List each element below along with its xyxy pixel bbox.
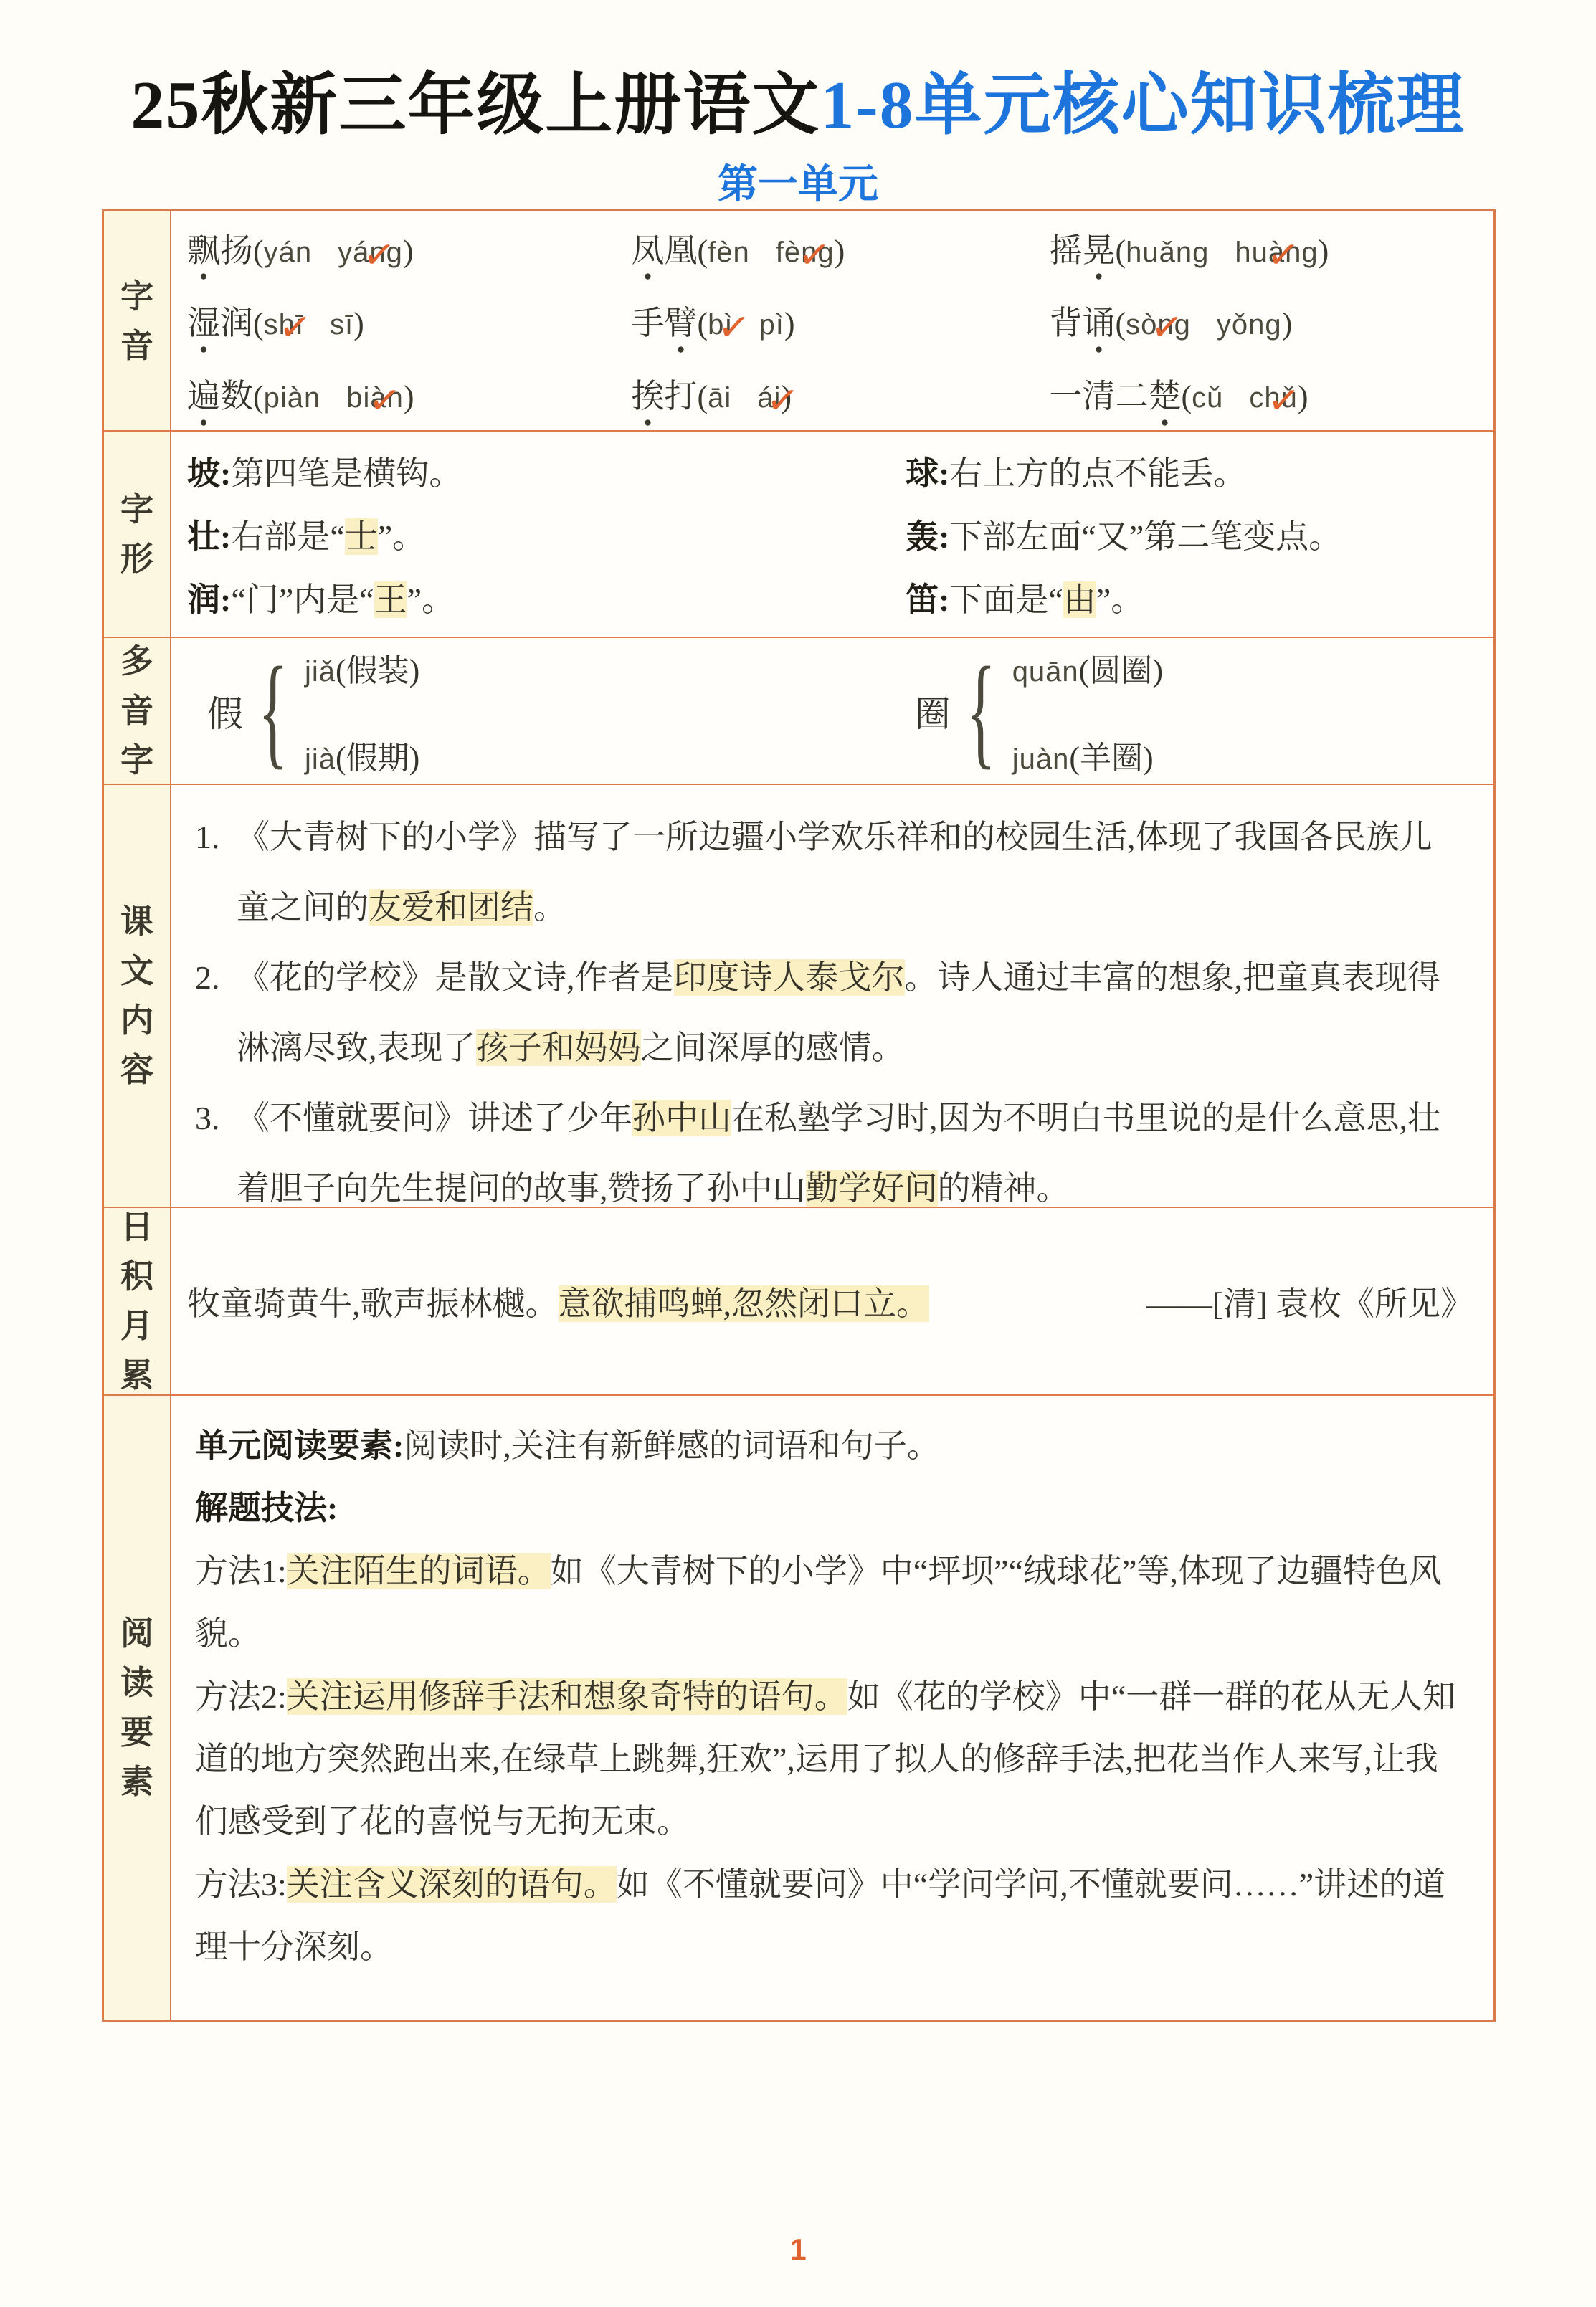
text-segment: 《花的学校》是散文诗,作者是 [237,959,674,996]
highlight-text: 勤学好问 [806,1170,938,1207]
pinyin-correct-checked: ái [757,382,781,414]
pinyin-option: sī [330,309,353,341]
emphasized-character: 诵 [1083,297,1116,344]
option-word: (羊圈) [1069,741,1153,776]
item-number: 1. [195,802,237,943]
reading-strategy-text: 单元阅读要素:阅读时,关注有新鲜感的词语和句子。解题技法:方法1:关注陌生的词语… [171,1396,1493,1979]
open-paren: ( [697,234,708,269]
text-segment: 下部左面“又”第二笔变点。 [949,518,1341,555]
highlight-text: 王 [374,581,407,618]
table-row: 阅读要素 单元阅读要素:阅读时,关注有新鲜感的词语和句子。解题技法:方法1:关注… [104,1394,1493,2020]
text-segment: ”。 [407,581,455,618]
item-text: 《不懂就要问》讲述了少年孙中山在私塾学习时,因为不明白书里说的是什么意思,壮着胆… [237,1083,1463,1224]
highlight-text: 关注含义深刻的语句。 [287,1866,617,1903]
glyph-note-character: 球: [906,455,949,492]
knowledge-table: 字音 飘扬(yányáng)凤凰(fènfèng)摇晃(huǎnghuàng)湿… [102,209,1496,2022]
emphasized-character: 挨 [631,370,664,417]
pinyin-correct-checked: biàn [346,382,404,414]
character: 手 [631,297,664,344]
lesson-summary-list: 1.《大青树下的小学》描写了一所边疆小学欢乐祥和的校园生活,体现了我国各民族儿童… [171,785,1493,1224]
highlight-text: 意欲捕鸣蝉,忽然闭口立。 [559,1285,930,1322]
row-header-yuedu: 阅读要素 [104,1396,171,2020]
emphasized-character: 晃 [1083,224,1116,272]
brace-glyph: { [966,648,996,774]
text-segment: 方法1: [195,1553,287,1589]
glyph-notes-grid: 坡:第四笔是横钩。壮:右部是“士”。润:“门”内是“王”。 球:右上方的点不能丢… [171,432,1493,637]
pinyin-entry: 背诵(sòngyǒng) [1050,297,1493,344]
row-header-ziyin: 字音 [104,211,171,430]
riji-cell: 牧童骑黄牛,歌声振林樾。意欲捕鸣蝉,忽然闭口立。 ——[清] 袁枚《所见》 [171,1208,1493,1394]
pinyin-correct-checked: sòng [1126,309,1191,341]
pinyin-option: cǔ [1192,382,1223,414]
strategy-paragraph: 单元阅读要素:阅读时,关注有新鲜感的词语和句子。 [195,1414,1463,1477]
text-segment: 。 [533,889,566,926]
text-segment: “门”内是“ [231,581,374,618]
brace-glyph: { [258,648,288,774]
polyphone-grid: 假{jiǎ(假装)jià(假期)圈{quān(圆圈)juàn(羊圈) [171,638,1493,784]
polyphone-options: jiǎ(假装)jià(假期) [305,644,419,778]
pinyin-correct-checked: fèng [776,237,835,268]
glyph-note-character: 笛: [906,581,949,618]
pinyin-correct-checked: shī [264,309,304,341]
emphasized-character: 楚 [1149,370,1182,417]
character: 一 [1050,370,1083,417]
emphasized-character: 飘 [187,224,220,272]
bold-text: 解题技法: [195,1490,338,1526]
pinyin-option: yán [264,237,313,268]
highlight-text: 印度诗人泰戈尔 [674,959,905,996]
option-word: (圆圈) [1079,653,1163,688]
highlight-text: 关注运用修辞手法和想象奇特的语句。 [287,1678,847,1715]
duoyin-cell: 假{jiǎ(假装)jià(假期)圈{quān(圆圈)juàn(羊圈) [171,638,1493,784]
open-paren: ( [253,379,264,414]
highlight-text: 由 [1063,581,1096,618]
pinyin-entry: 凤凰(fènfèng) [631,224,1049,272]
character: 润 [220,297,253,344]
row-header-riji: 日积月累 [104,1208,171,1394]
row-header-zixing: 字形 [104,432,171,637]
title-black-part: 25秋新三年级上册语文 [130,68,820,143]
pinyin-option: yǒng [1217,309,1282,341]
pinyin-correct-checked: bì [708,309,733,341]
pinyin-entry: 飘扬(yányáng) [187,224,631,272]
polyphone-option: juàn(羊圈) [1012,732,1163,778]
text-segment: 之间深厚的感情。 [641,1029,905,1066]
text-segment: 第四笔是横钩。 [231,455,462,492]
emphasized-character: 遍 [187,370,220,417]
kewen-cell: 1.《大青树下的小学》描写了一所边疆小学欢乐祥和的校园生活,体现了我国各民族儿童… [171,785,1493,1207]
pinyin-option: jià [305,743,336,775]
highlight-text: 孩子和妈妈 [476,1029,641,1066]
glyph-note: 轰:下部左面“又”第二笔变点。 [906,510,1493,558]
emphasized-character: 臂 [664,297,697,344]
polyphone-option: quān(圆圈) [1012,644,1163,690]
zixing-cell: 坡:第四笔是横钩。壮:右部是“士”。润:“门”内是“王”。 球:右上方的点不能丢… [171,432,1493,637]
emphasized-character: 凤 [631,224,664,272]
table-row: 日积月累 牧童骑黄牛,歌声振林樾。意欲捕鸣蝉,忽然闭口立。 ——[清] 袁枚《所… [104,1207,1493,1394]
table-row: 字音 飘扬(yányáng)凤凰(fènfèng)摇晃(huǎnghuàng)湿… [104,211,1493,430]
row-header-label: 日积月累 [120,1202,153,1400]
close-paren: ) [1319,234,1329,269]
title-blue-part: 1-8单元核心知识梳理 [820,68,1465,143]
text-segment: ”。 [378,518,425,555]
emphasized-character: 湿 [187,297,220,344]
table-row: 多音字 假{jiǎ(假装)jià(假期)圈{quān(圆圈)juàn(羊圈) [104,637,1493,784]
polyphone-options: quān(圆圈)juàn(羊圈) [1012,644,1163,778]
close-paren: ) [403,234,414,269]
pinyin-correct-checked: huàng [1235,237,1318,268]
character: 二 [1116,370,1149,417]
polyphone-group: 假{jiǎ(假装)jià(假期) [207,644,915,778]
pinyin-entry: 摇晃(huǎnghuàng) [1050,224,1493,272]
strategy-paragraph: 方法3:关注含义深刻的语句。如《不懂就要问》中“学问学问,不懂就要问……”讲述的… [195,1853,1463,1979]
character: 摇 [1050,224,1083,272]
open-paren: ( [253,306,264,341]
pinyin-option: pì [759,309,784,341]
lesson-summary-item: 1.《大青树下的小学》描写了一所边疆小学欢乐祥和的校园生活,体现了我国各民族儿童… [195,802,1463,943]
poem-text: 牧童骑黄牛,歌声振林樾。意欲捕鸣蝉,忽然闭口立。 [187,1278,929,1325]
option-word: (假期) [336,741,419,776]
open-paren: ( [697,306,708,341]
glyph-notes-right-column: 球:右上方的点不能丢。轰:下部左面“又”第二笔变点。笛:下面是“由”。 [906,432,1493,637]
polyphone-character: 假 [207,685,243,737]
row-header-label: 字形 [120,485,153,584]
close-paren: ) [784,306,795,341]
bold-text: 单元阅读要素: [195,1427,404,1464]
glyph-notes-left-column: 坡:第四笔是横钩。壮:右部是“士”。润:“门”内是“王”。 [187,432,906,637]
item-text: 《花的学校》是散文诗,作者是印度诗人泰戈尔。诗人通过丰富的想象,把童真表现得淋漓… [237,943,1463,1083]
option-word: (假装) [336,653,419,688]
glyph-note-character: 润: [187,581,231,618]
lesson-summary-item: 2.《花的学校》是散文诗,作者是印度诗人泰戈尔。诗人通过丰富的想象,把童真表现得… [195,943,1463,1083]
glyph-note-character: 壮: [187,518,231,555]
text-segment: 牧童骑黄牛,歌声振林樾。 [187,1285,559,1322]
close-paren: ) [835,234,845,269]
unit-subtitle: 第一单元 [0,153,1596,210]
close-paren: ) [1282,306,1293,341]
text-segment: 右部是“ [231,518,344,555]
pinyin-correct-checked: yáng [338,237,403,268]
pinyin-option: huǎng [1126,237,1209,268]
character: 数 [220,370,253,417]
row-header-label: 课文内容 [120,897,153,1095]
character: 凰 [664,224,697,272]
table-row: 课文内容 1.《大青树下的小学》描写了一所边疆小学欢乐祥和的校园生活,体现了我国… [104,784,1493,1207]
poem-line: 牧童骑黄牛,歌声振林樾。意欲捕鸣蝉,忽然闭口立。 ——[清] 袁枚《所见》 [171,1208,1493,1394]
pinyin-option: fèn [708,237,750,268]
page-title: 25秋新三年级上册语文1-8单元核心知识梳理 [0,0,1596,147]
pinyin-entry: 挨打(āiái) [631,370,1049,417]
polyphone-option: jiǎ(假装) [305,644,419,690]
strategy-paragraph: 解题技法: [195,1477,1463,1539]
row-header-label: 字音 [120,272,153,371]
glyph-note-character: 坡: [187,455,231,492]
text-segment: 阅读时,关注有新鲜感的词语和句子。 [404,1427,940,1464]
glyph-note-character: 轰: [906,518,949,555]
row-header-label: 阅读要素 [120,1609,153,1807]
page-number: 1 [789,2232,806,2267]
item-number: 3. [195,1083,237,1224]
open-paren: ( [253,234,264,269]
polyphone-option: jià(假期) [305,732,419,778]
character: 打 [664,370,697,417]
poem-attribution: ——[清] 袁枚《所见》 [1146,1278,1473,1325]
row-header-label: 多音字 [120,637,153,785]
character: 清 [1083,370,1116,417]
glyph-note: 笛:下面是“由”。 [906,574,1493,621]
text-segment: 的精神。 [938,1170,1070,1207]
polyphone-character: 圈 [915,685,951,737]
pinyin-entry: 湿润(shīsī) [187,297,631,344]
polyphone-group: 圈{quān(圆圈)juàn(羊圈) [915,644,1493,778]
yuedu-cell: 单元阅读要素:阅读时,关注有新鲜感的词语和句子。解题技法:方法1:关注陌生的词语… [171,1396,1493,2020]
text-segment: 方法3: [195,1866,287,1903]
text-segment: 《不懂就要问》讲述了少年 [237,1100,632,1136]
open-paren: ( [1182,379,1192,414]
pinyin-option: jiǎ [305,656,336,688]
glyph-note: 润:“门”内是“王”。 [187,574,906,621]
pinyin-option: āi [708,382,731,414]
highlight-text: 孙中山 [632,1100,731,1136]
glyph-note: 球:右上方的点不能丢。 [906,447,1493,495]
pinyin-entry: 遍数(piànbiàn) [187,370,631,417]
text-segment: 右上方的点不能丢。 [949,455,1246,492]
open-paren: ( [1116,234,1126,269]
item-number: 2. [195,943,237,1083]
pinyin-option: juàn [1012,743,1070,775]
item-text: 《大青树下的小学》描写了一所边疆小学欢乐祥和的校园生活,体现了我国各民族儿童之间… [237,802,1463,943]
highlight-text: 友爱和团结 [369,889,533,926]
text-segment: 下面是“ [949,581,1063,618]
ziyin-cell: 飘扬(yányáng)凤凰(fènfèng)摇晃(huǎnghuàng)湿润(s… [171,211,1493,430]
pinyin-entry: 一清二楚(cǔchǔ) [1050,370,1493,417]
text-segment: 方法2: [195,1678,287,1715]
highlight-text: 士 [345,518,378,555]
glyph-note: 坡:第四笔是横钩。 [187,447,906,495]
worksheet-page: 25秋新三年级上册语文1-8单元核心知识梳理 第一单元 字音 飘扬(yányán… [0,0,1596,2307]
pinyin-entry: 手臂(bìpì) [631,297,1049,344]
table-row: 字形 坡:第四笔是横钩。壮:右部是“士”。润:“门”内是“王”。 球:右上方的点… [104,430,1493,637]
character: 背 [1050,297,1083,344]
pinyin-correct-checked: chǔ [1249,382,1298,414]
strategy-paragraph: 方法1:关注陌生的词语。如《大青树下的小学》中“坪坝”“绒球花”等,体现了边疆特… [195,1540,1463,1665]
close-paren: ) [404,379,414,414]
text-segment: ”。 [1096,581,1144,618]
lesson-summary-item: 3.《不懂就要问》讲述了少年孙中山在私塾学习时,因为不明白书里说的是什么意思,壮… [195,1083,1463,1224]
pinyin-grid: 飘扬(yányáng)凤凰(fènfèng)摇晃(huǎnghuàng)湿润(s… [171,211,1493,430]
pinyin-option: piàn [264,382,321,414]
close-paren: ) [353,306,364,341]
character: 扬 [220,224,253,272]
strategy-paragraph: 方法2:关注运用修辞手法和想象奇特的语句。如《花的学校》中“一群一群的花从无人知… [195,1665,1463,1853]
open-paren: ( [1116,306,1126,341]
open-paren: ( [697,379,708,414]
glyph-note: 壮:右部是“士”。 [187,510,906,558]
row-header-kewen: 课文内容 [104,785,171,1207]
row-header-duoyin: 多音字 [104,638,171,784]
highlight-text: 关注陌生的词语。 [287,1553,551,1589]
pinyin-option: quān [1012,656,1079,688]
